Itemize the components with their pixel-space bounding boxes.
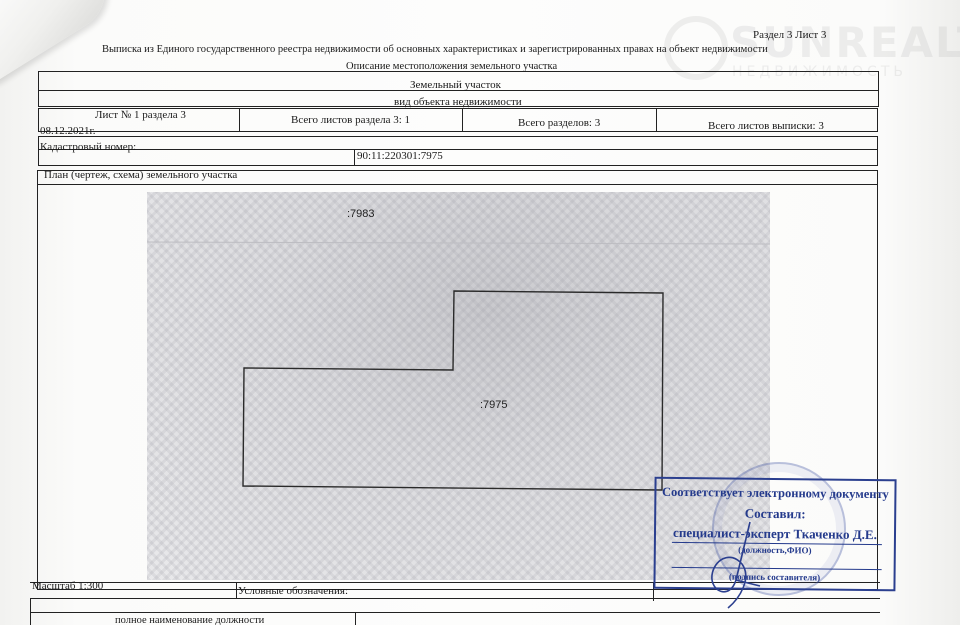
divider <box>30 612 880 613</box>
divider <box>38 149 878 150</box>
document-title: Выписка из Единого государственного реес… <box>102 44 768 55</box>
total-sections: Всего разделов: 3 <box>518 117 600 129</box>
object-type: Земельный участок <box>410 79 501 91</box>
cadastral-block <box>38 136 878 166</box>
watermark-brand: SUNREALT <box>730 18 960 67</box>
neighbor-parcel-label: :7983 <box>347 208 375 220</box>
parcel-label: :7975 <box>480 399 508 411</box>
divider <box>656 108 657 132</box>
position-caption: полное наименование должности <box>115 615 264 625</box>
section-sheet-label: Раздел 3 Лист 3 <box>753 29 826 41</box>
stamp-line-1: Соответствует электронному документу <box>656 485 894 502</box>
total-sheets-section: Всего листов раздела 3: 1 <box>291 114 410 126</box>
legend-label: Условные обозначения: <box>238 585 348 597</box>
object-type-caption: вид объекта недвижимости <box>394 96 522 108</box>
scale-label: Масштаб 1:300 <box>32 580 103 592</box>
divider <box>37 184 878 185</box>
cadastral-label: Кадастровый номер: <box>40 141 136 153</box>
signature <box>700 520 780 610</box>
extract-date: 08.12.2021г. <box>40 125 96 137</box>
divider <box>236 583 237 598</box>
plan-title: План (чертеж, схема) земельного участка <box>44 169 237 181</box>
divider <box>354 149 355 166</box>
divider <box>239 108 240 132</box>
divider <box>462 108 463 132</box>
divider <box>355 612 356 625</box>
sheet-number: Лист № 1 раздела 3 <box>95 109 186 121</box>
total-sheets-extract: Всего листов выписки: 3 <box>708 120 824 132</box>
cadastral-number: 90:11:220301:7975 <box>357 150 443 162</box>
